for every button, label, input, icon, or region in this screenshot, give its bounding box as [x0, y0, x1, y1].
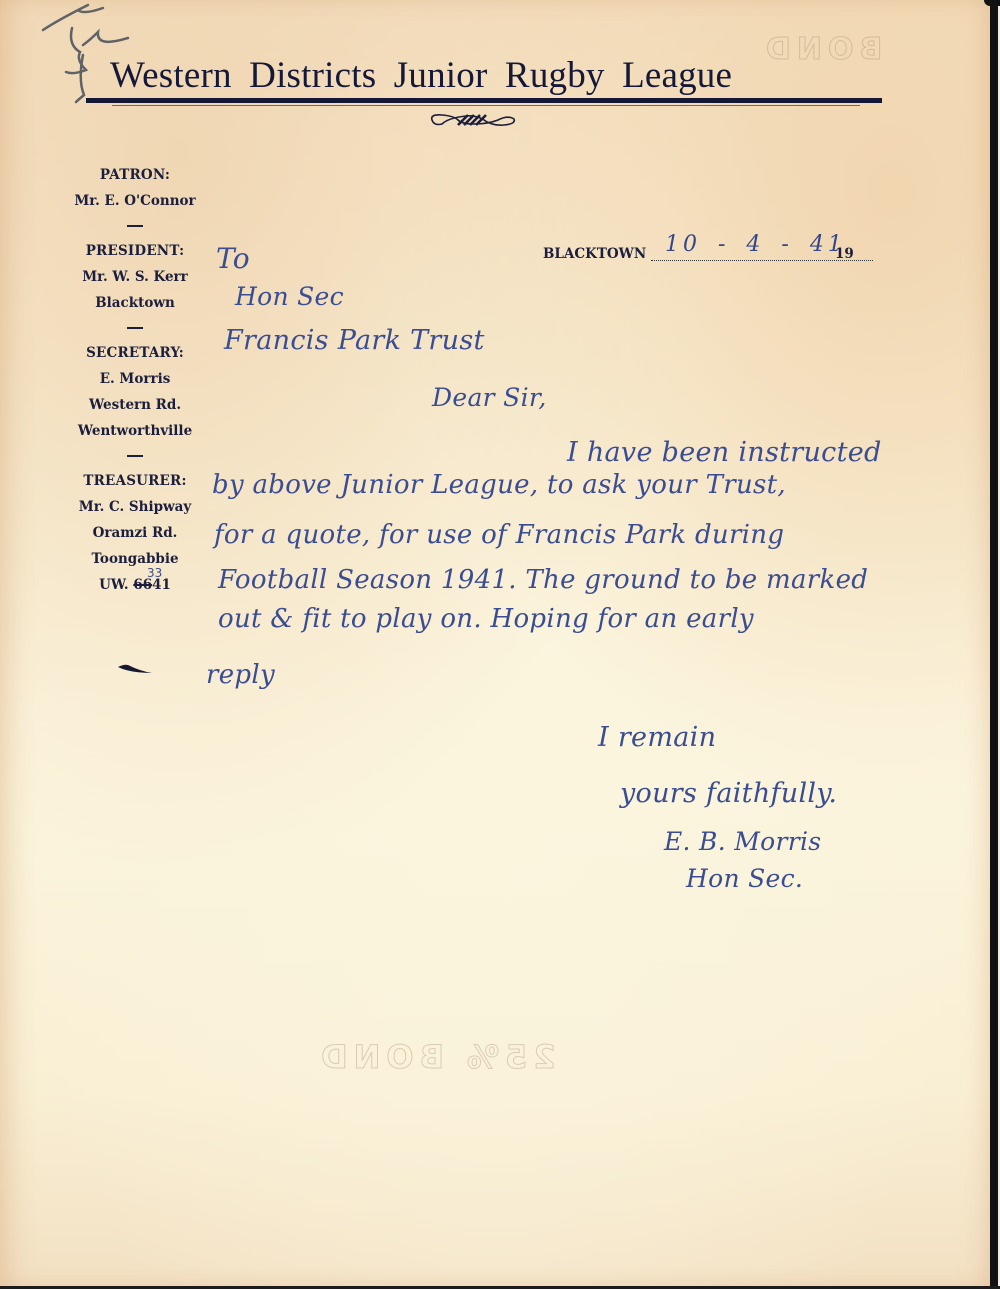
letter-page: BOND 25% BOND Western Districts Junior R…	[0, 0, 990, 1286]
patron-heading: PATRON:	[52, 162, 218, 188]
closing-line: yours faithfully.	[620, 778, 837, 809]
addressee-line: Hon Sec	[235, 282, 344, 311]
letterhead-rule-thin	[112, 105, 860, 106]
divider	[52, 316, 218, 340]
secretary-street: Western Rd.	[52, 392, 218, 418]
officers-sidebar: PATRON: Mr. E. O'Connor PRESIDENT: Mr. W…	[52, 162, 218, 598]
dateline-place: BLACKTOWN	[543, 246, 646, 262]
dateline: BLACKTOWN 10 - 4 - 41 19	[543, 238, 853, 268]
letterhead-rule	[86, 98, 882, 103]
closing-line: I remain	[598, 722, 716, 753]
signature: E. B. Morris	[664, 827, 821, 856]
secretary-town: Wentworthville	[52, 418, 218, 444]
secretary-name: E. Morris	[52, 366, 218, 392]
body-line: out & fit to play on. Hoping for an earl…	[218, 604, 754, 634]
secretary-heading: SECRETARY:	[52, 340, 218, 366]
treasurer-town: Toongabbie	[52, 546, 218, 572]
treasurer-name: Mr. C. Shipway	[52, 494, 218, 520]
handwritten-date: 10 - 4 - 41	[665, 232, 846, 257]
treasurer-street: Oramzi Rd.	[52, 520, 218, 546]
signature-title: Hon Sec.	[686, 864, 803, 893]
letterhead-title: Western Districts Junior Rugby League	[110, 54, 870, 97]
president-town: Blacktown	[52, 290, 218, 316]
body-line: for a quote, for use of Francis Park dur…	[214, 520, 784, 550]
president-heading: PRESIDENT:	[52, 238, 218, 264]
body-line: reply	[206, 660, 275, 690]
scan-frame-edge	[990, 4, 998, 1286]
phone-prefix: UW.	[99, 577, 133, 593]
watermark-bond-bottom: 25% BOND	[315, 1038, 556, 1076]
ink-tick-mark-icon	[116, 663, 154, 675]
flourish-ornament-icon	[428, 110, 516, 130]
divider	[52, 214, 218, 238]
body-line: I have been instructed	[567, 437, 882, 468]
addressee-line: Francis Park Trust	[224, 325, 485, 356]
treasurer-heading: TREASURER:	[52, 468, 218, 494]
letter-greeting: Dear Sir,	[432, 383, 547, 412]
treasurer-phone: UW. 6641 33	[52, 572, 218, 598]
body-line: Football Season 1941. The ground to be m…	[218, 565, 868, 595]
phone-handwritten-correction: 33	[147, 560, 162, 586]
president-name: Mr. W. S. Kerr	[52, 264, 218, 290]
body-line: by above Junior League, to ask your Trus…	[212, 470, 786, 500]
dateline-year-prefix: 19	[835, 246, 854, 262]
letter-to: To	[216, 242, 250, 275]
divider	[52, 444, 218, 468]
patron-name: Mr. E. O'Connor	[52, 188, 218, 214]
